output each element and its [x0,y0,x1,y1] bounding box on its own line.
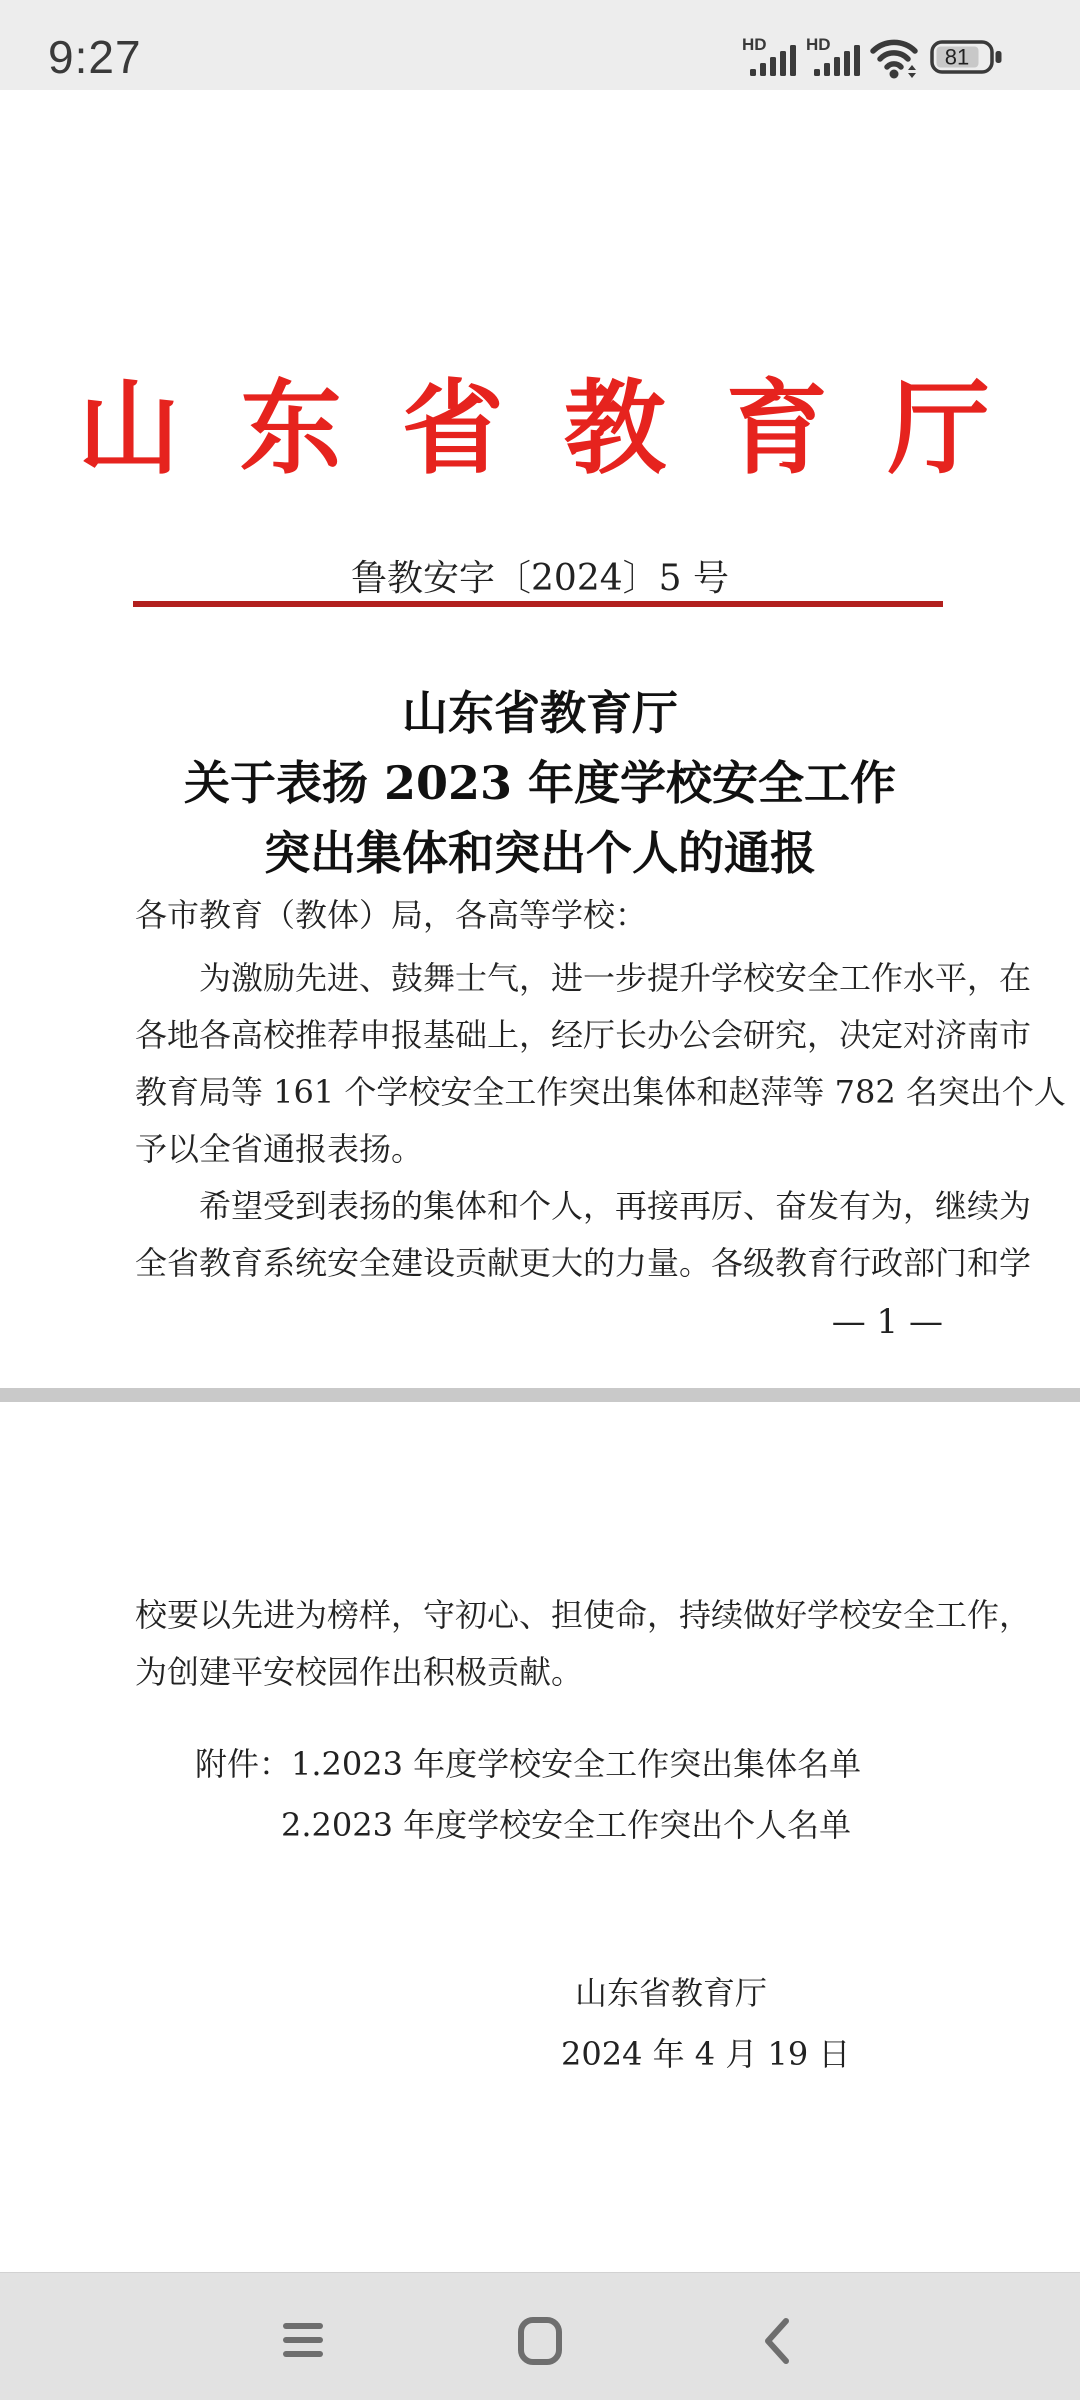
signature-agency: 山东省教育厅 [575,1968,767,2014]
body-paragraphs: 校要以先进为榜样，守初心、担使命，持续做好学校安全工作， 为创建平安校园作出积极… [135,1587,945,1701]
cell-signal-icon-sim2: HD [806,34,864,78]
attachment-list: 附件：1.2023 年度学校安全工作突出集体名单 2.2023 年度学校安全工作… [135,1734,980,1856]
battery-percent-label: 81 [945,45,969,70]
phone-screen: 9:27 HD HD 81 [0,0,1080,2400]
body-line: 教育局等 161 个学校安全工作突出集体和赵萍等 782 名突出个人 [135,1064,945,1121]
body-line: 各地各高校推荐申报基础上，经厅长办公会研究，决定对济南市 [135,1007,945,1064]
signature-date: 2024 年 4 月 19 日 [561,2029,850,2075]
wifi-download-arrow [908,73,916,78]
back-icon[interactable] [764,2317,790,2365]
body-line: 为激励先进、鼓舞士气，进一步提升学校安全工作水平，在 [135,950,945,1007]
wifi-upload-arrow [908,65,916,70]
body-line: 校要以先进为榜样，守初心、担使命，持续做好学校安全工作， [135,1587,945,1644]
status-bar: 9:27 HD HD 81 [0,0,1080,90]
document-title: 山东省教育厅 关于表扬 2023 年度学校安全工作 突出集体和突出个人的通报 [0,678,1080,888]
cell-signal-icon-sim1: HD [742,34,800,78]
document-title-line: 突出集体和突出个人的通报 [0,818,1080,888]
document-page-1: 山 东 省 教 育 厅 鲁教安字〔2024〕5 号 山东省教育厅 关于表扬 20… [0,90,1080,1388]
document-title-line: 山东省教育厅 [0,678,1080,748]
body-line: 为创建平安校园作出积极贡献。 [135,1644,945,1701]
attachment-item: 2.2023 年度学校安全工作突出个人名单 [135,1795,980,1856]
android-nav-bar [0,2272,1080,2400]
wifi-icon [870,36,924,82]
home-icon[interactable] [518,2317,562,2365]
body-line: 全省教育系统安全建设贡献更大的力量。各级教育行政部门和学 [135,1235,945,1292]
salutation: 各市教育（教体）局，各高等学校： [135,890,945,936]
document-title-line: 关于表扬 2023 年度学校安全工作 [0,748,1080,818]
page-break-divider [0,1388,1080,1402]
status-time: 9:27 [48,30,142,84]
battery-icon: 81 [930,40,1004,74]
page-number: — 1 — [832,1302,943,1342]
hd-voice-label: HD [806,35,831,54]
body-line: 希望受到表扬的集体和个人，再接再厉、奋发有为，继续为 [135,1178,945,1235]
body-paragraphs: 为激励先进、鼓舞士气，进一步提升学校安全工作水平，在 各地各高校推荐申报基础上，… [135,950,945,1292]
hd-voice-label: HD [742,35,767,54]
document-number: 鲁教安字〔2024〕5 号 [0,550,1080,601]
agency-letterhead: 山 东 省 教 育 厅 [0,348,1080,494]
recents-menu-icon[interactable] [281,2321,325,2361]
attachment-item: 附件：1.2023 年度学校安全工作突出集体名单 [135,1734,980,1795]
document-page-2: 校要以先进为榜样，守初心、担使命，持续做好学校安全工作， 为创建平安校园作出积极… [0,1402,1080,2272]
letterhead-rule [133,601,943,607]
body-line: 予以全省通报表扬。 [135,1121,945,1178]
